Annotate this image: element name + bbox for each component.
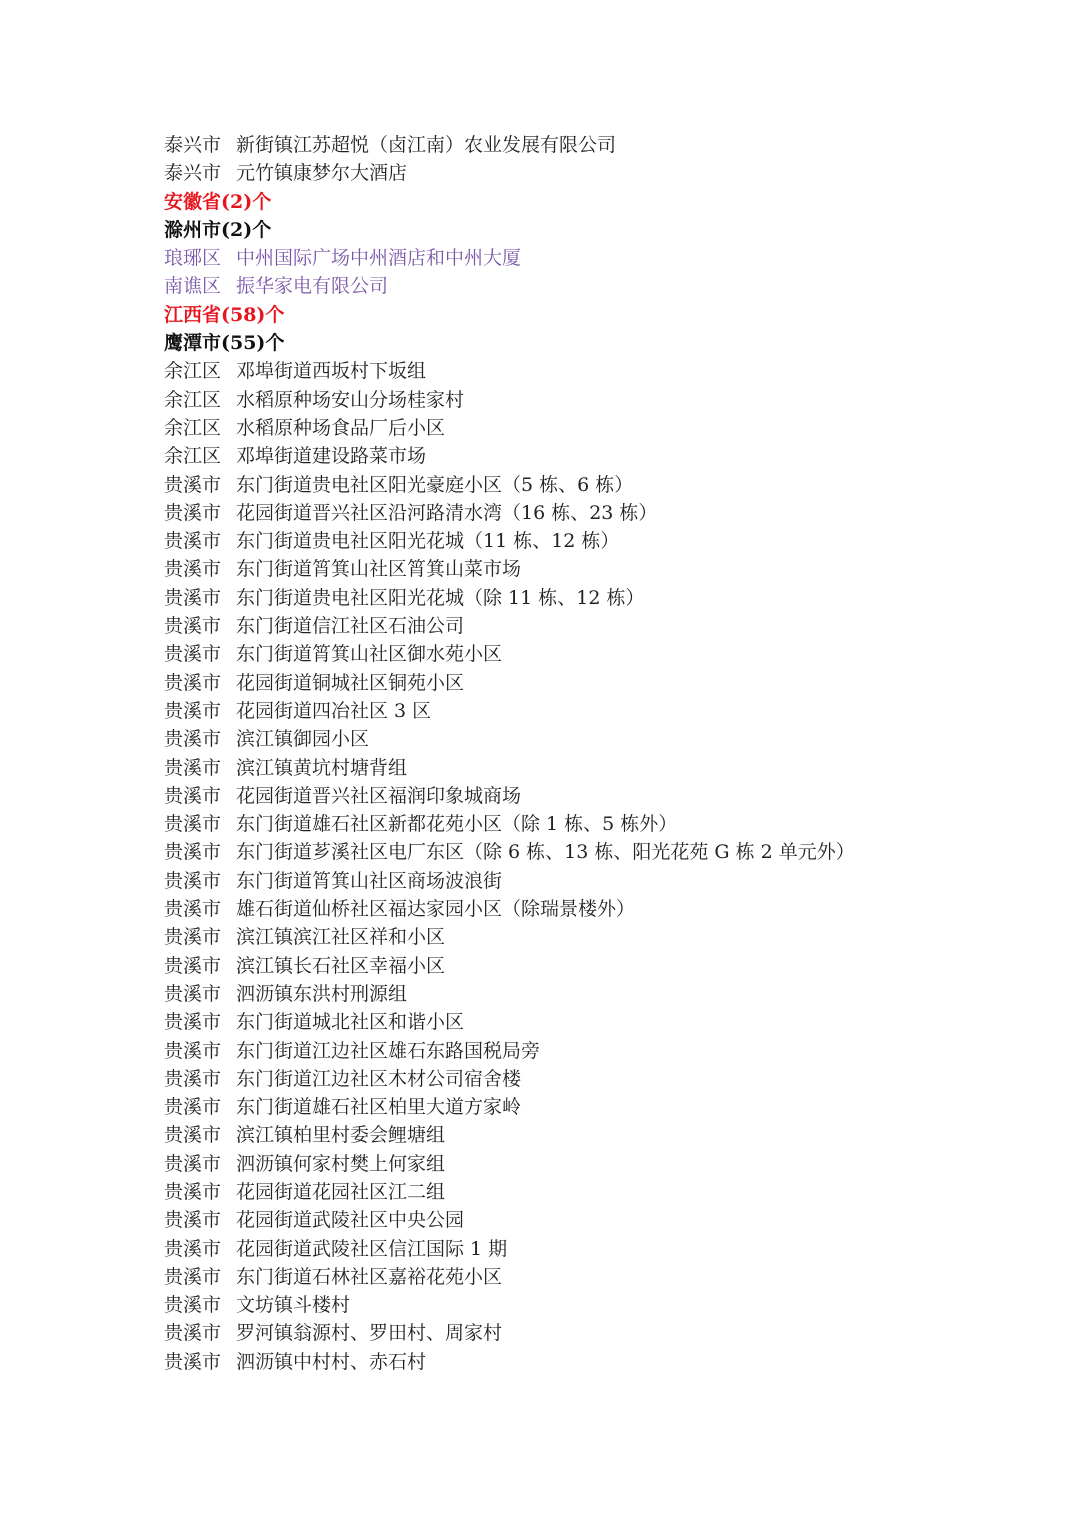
location-entry: 贵溪市花园街道武陵社区中央公园 — [164, 1206, 855, 1234]
district-label: 南谯区 — [164, 272, 236, 300]
location-entry: 贵溪市东门街道芗溪社区电厂东区（除 6 栋、13 栋、阳光花苑 G 栋 2 单元… — [164, 838, 855, 866]
location-entry: 贵溪市花园街道四冶社区 3 区 — [164, 697, 855, 725]
place-name: 花园街道武陵社区中央公园 — [236, 1209, 464, 1231]
province-heading: 江西省(58)个 — [164, 301, 855, 329]
location-entry: 贵溪市罗河镇翁源村、罗田村、周家村 — [164, 1319, 855, 1347]
district-label: 贵溪市 — [164, 923, 236, 951]
location-entry: 贵溪市东门街道城北社区和谐小区 — [164, 1008, 855, 1036]
location-entry: 贵溪市滨江镇滨江社区祥和小区 — [164, 923, 855, 951]
location-entry: 余江区邓埠街道西坂村下坂组 — [164, 357, 855, 385]
district-label: 贵溪市 — [164, 1008, 236, 1036]
place-name: 东门街道信江社区石油公司 — [236, 615, 464, 637]
location-entry: 贵溪市东门街道贵电社区阳光豪庭小区（5 栋、6 栋） — [164, 471, 855, 499]
location-entry: 贵溪市花园街道铜城社区铜苑小区 — [164, 669, 855, 697]
place-name: 滨江镇柏里村委会鲤塘组 — [236, 1124, 445, 1146]
place-name: 邓埠街道建设路菜市场 — [236, 445, 426, 467]
location-entry: 贵溪市滨江镇御园小区 — [164, 725, 855, 753]
place-name: 元竹镇康梦尔大酒店 — [236, 162, 407, 184]
place-name: 花园街道武陵社区信江国际 1 期 — [236, 1238, 507, 1260]
district-label: 贵溪市 — [164, 1319, 236, 1347]
district-label: 贵溪市 — [164, 697, 236, 725]
location-entry: 贵溪市花园街道晋兴社区福润印象城商场 — [164, 782, 855, 810]
district-label: 贵溪市 — [164, 471, 236, 499]
city-heading: 鹰潭市(55)个 — [164, 329, 855, 357]
location-entry: 贵溪市东门街道江边社区木材公司宿舍楼 — [164, 1065, 855, 1093]
place-name: 东门街道城北社区和谐小区 — [236, 1011, 464, 1033]
province-heading: 安徽省(2)个 — [164, 188, 855, 216]
place-name: 东门街道贵电社区阳光豪庭小区（5 栋、6 栋） — [236, 474, 633, 496]
location-entry: 贵溪市滨江镇黄坑村塘背组 — [164, 754, 855, 782]
place-name: 罗河镇翁源村、罗田村、周家村 — [236, 1322, 502, 1344]
district-label: 琅琊区 — [164, 244, 236, 272]
place-name: 泗沥镇中村村、赤石村 — [236, 1351, 426, 1373]
place-name: 泗沥镇东洪村刑源组 — [236, 983, 407, 1005]
place-name: 水稻原种场食品厂后小区 — [236, 417, 445, 439]
document-page: 泰兴市新街镇江苏超悦（卤江南）农业发展有限公司泰兴市元竹镇康梦尔大酒店安徽省(2… — [164, 131, 855, 1376]
district-label: 贵溪市 — [164, 1235, 236, 1263]
district-label: 贵溪市 — [164, 499, 236, 527]
district-label: 贵溪市 — [164, 555, 236, 583]
place-name: 花园街道四冶社区 3 区 — [236, 700, 431, 722]
place-name: 花园街道晋兴社区沿河路清水湾（16 栋、23 栋） — [236, 502, 657, 524]
district-label: 贵溪市 — [164, 1037, 236, 1065]
location-entry: 贵溪市东门街道筲箕山社区筲箕山菜市场 — [164, 555, 855, 583]
place-name: 滨江镇滨江社区祥和小区 — [236, 926, 445, 948]
district-label: 余江区 — [164, 357, 236, 385]
district-label: 贵溪市 — [164, 782, 236, 810]
place-name: 邓埠街道西坂村下坂组 — [236, 360, 426, 382]
district-label: 贵溪市 — [164, 1348, 236, 1376]
place-name: 水稻原种场安山分场桂家村 — [236, 389, 464, 411]
place-name: 东门街道筲箕山社区筲箕山菜市场 — [236, 558, 521, 580]
district-label: 贵溪市 — [164, 980, 236, 1008]
district-label: 贵溪市 — [164, 1093, 236, 1121]
location-entry: 贵溪市泗沥镇东洪村刑源组 — [164, 980, 855, 1008]
district-label: 贵溪市 — [164, 838, 236, 866]
place-name: 东门街道筲箕山社区商场波浪街 — [236, 870, 502, 892]
location-entry: 贵溪市东门街道江边社区雄石东路国税局旁 — [164, 1037, 855, 1065]
location-entry: 琅琊区中州国际广场中州酒店和中州大厦 — [164, 244, 855, 272]
place-name: 东门街道贵电社区阳光花城（除 11 栋、12 栋） — [236, 587, 644, 609]
location-entry: 贵溪市滨江镇长石社区幸福小区 — [164, 952, 855, 980]
district-label: 贵溪市 — [164, 527, 236, 555]
district-label: 贵溪市 — [164, 1206, 236, 1234]
district-label: 贵溪市 — [164, 1263, 236, 1291]
place-name: 花园街道晋兴社区福润印象城商场 — [236, 785, 521, 807]
place-name: 振华家电有限公司 — [236, 275, 388, 297]
district-label: 贵溪市 — [164, 584, 236, 612]
place-name: 东门街道江边社区雄石东路国税局旁 — [236, 1040, 540, 1062]
district-label: 余江区 — [164, 442, 236, 470]
district-label: 贵溪市 — [164, 640, 236, 668]
district-label: 贵溪市 — [164, 612, 236, 640]
location-entry: 贵溪市东门街道石林社区嘉裕花苑小区 — [164, 1263, 855, 1291]
place-name: 雄石街道仙桥社区福达家园小区（除瑞景楼外） — [236, 898, 635, 920]
place-name: 花园街道铜城社区铜苑小区 — [236, 672, 464, 694]
district-label: 贵溪市 — [164, 1150, 236, 1178]
district-label: 贵溪市 — [164, 1178, 236, 1206]
location-entry: 贵溪市花园街道花园社区江二组 — [164, 1178, 855, 1206]
location-entry: 贵溪市东门街道信江社区石油公司 — [164, 612, 855, 640]
place-name: 东门街道江边社区木材公司宿舍楼 — [236, 1068, 521, 1090]
district-label: 贵溪市 — [164, 669, 236, 697]
place-name: 东门街道雄石社区新都花苑小区（除 1 栋、5 栋外） — [236, 813, 677, 835]
city-heading: 滁州市(2)个 — [164, 216, 855, 244]
place-name: 东门街道石林社区嘉裕花苑小区 — [236, 1266, 502, 1288]
location-entry: 贵溪市花园街道武陵社区信江国际 1 期 — [164, 1235, 855, 1263]
location-entry: 贵溪市东门街道雄石社区柏里大道方家岭 — [164, 1093, 855, 1121]
location-entry: 余江区邓埠街道建设路菜市场 — [164, 442, 855, 470]
district-label: 贵溪市 — [164, 810, 236, 838]
place-name: 滨江镇黄坑村塘背组 — [236, 757, 407, 779]
location-entry: 贵溪市东门街道筲箕山社区御水苑小区 — [164, 640, 855, 668]
location-entry: 贵溪市泗沥镇中村村、赤石村 — [164, 1348, 855, 1376]
district-label: 贵溪市 — [164, 725, 236, 753]
location-entry: 贵溪市文坊镇斗楼村 — [164, 1291, 855, 1319]
district-label: 余江区 — [164, 386, 236, 414]
district-label: 贵溪市 — [164, 867, 236, 895]
place-name: 花园街道花园社区江二组 — [236, 1181, 445, 1203]
location-entry: 南谯区振华家电有限公司 — [164, 272, 855, 300]
location-entry: 余江区水稻原种场食品厂后小区 — [164, 414, 855, 442]
district-label: 贵溪市 — [164, 754, 236, 782]
place-name: 东门街道芗溪社区电厂东区（除 6 栋、13 栋、阳光花苑 G 栋 2 单元外） — [236, 841, 855, 863]
location-entry: 贵溪市雄石街道仙桥社区福达家园小区（除瑞景楼外） — [164, 895, 855, 923]
location-entry: 贵溪市滨江镇柏里村委会鲤塘组 — [164, 1121, 855, 1149]
district-label: 贵溪市 — [164, 1121, 236, 1149]
place-name: 东门街道筲箕山社区御水苑小区 — [236, 643, 502, 665]
location-entry: 贵溪市东门街道贵电社区阳光花城（除 11 栋、12 栋） — [164, 584, 855, 612]
place-name: 东门街道贵电社区阳光花城（11 栋、12 栋） — [236, 530, 619, 552]
place-name: 新街镇江苏超悦（卤江南）农业发展有限公司 — [236, 134, 616, 156]
place-name: 滨江镇长石社区幸福小区 — [236, 955, 445, 977]
place-name: 文坊镇斗楼村 — [236, 1294, 350, 1316]
location-entry: 贵溪市东门街道雄石社区新都花苑小区（除 1 栋、5 栋外） — [164, 810, 855, 838]
location-entry: 贵溪市泗沥镇何家村樊上何家组 — [164, 1150, 855, 1178]
district-label: 泰兴市 — [164, 131, 236, 159]
district-label: 贵溪市 — [164, 895, 236, 923]
location-entry: 泰兴市新街镇江苏超悦（卤江南）农业发展有限公司 — [164, 131, 855, 159]
location-entry: 泰兴市元竹镇康梦尔大酒店 — [164, 159, 855, 187]
place-name: 东门街道雄石社区柏里大道方家岭 — [236, 1096, 521, 1118]
location-entry: 贵溪市花园街道晋兴社区沿河路清水湾（16 栋、23 栋） — [164, 499, 855, 527]
district-label: 贵溪市 — [164, 1291, 236, 1319]
place-name: 中州国际广场中州酒店和中州大厦 — [236, 247, 521, 269]
district-label: 余江区 — [164, 414, 236, 442]
place-name: 泗沥镇何家村樊上何家组 — [236, 1153, 445, 1175]
place-name: 滨江镇御园小区 — [236, 728, 369, 750]
location-entry: 余江区水稻原种场安山分场桂家村 — [164, 386, 855, 414]
district-label: 泰兴市 — [164, 159, 236, 187]
location-entry: 贵溪市东门街道筲箕山社区商场波浪街 — [164, 867, 855, 895]
district-label: 贵溪市 — [164, 952, 236, 980]
location-entry: 贵溪市东门街道贵电社区阳光花城（11 栋、12 栋） — [164, 527, 855, 555]
district-label: 贵溪市 — [164, 1065, 236, 1093]
